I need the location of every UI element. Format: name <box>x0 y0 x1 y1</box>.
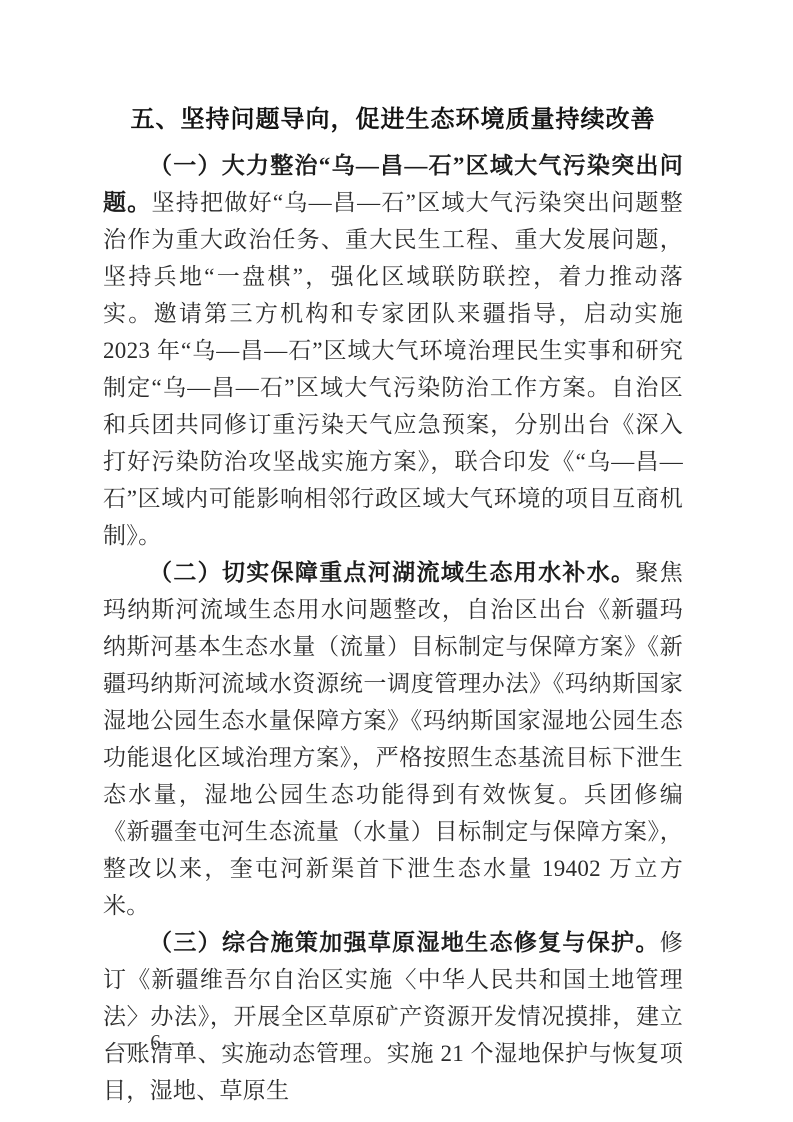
section-heading: 五、坚持问题导向，促进生态环境质量持续改善 <box>103 103 683 136</box>
document-body: 五、坚持问题导向，促进生态环境质量持续改善 （一）大力整治“乌—昌—石”区域大气… <box>103 103 683 1109</box>
paragraph-grassland-wetland: （三）综合施策加强草原湿地生态修复与保护。修订《新疆维吾尔自治区实施〈中华人民共… <box>103 924 683 1109</box>
page-number: — 6 — <box>118 1030 196 1055</box>
paragraph-lead: （二）切实保障重点河湖流域生态用水补水。 <box>149 560 635 585</box>
paragraph-body-text: 聚焦玛纳斯河流域生态用水问题整改，自治区出台《新疆玛纳斯河基本生态水量（流量）目… <box>103 560 683 918</box>
paragraph-body-text: 修订《新疆维吾尔自治区实施〈中华人民共和国土地管理法〉办法》，开展全区草原矿产资… <box>103 930 683 1103</box>
document-page: 五、坚持问题导向，促进生态环境质量持续改善 （一）大力整治“乌—昌—石”区域大气… <box>0 0 793 1122</box>
paragraph-air-pollution: （一）大力整治“乌—昌—石”区域大气污染突出问题。坚持把做好“乌—昌—石”区域大… <box>103 147 683 554</box>
paragraph-lead: （三）综合施策加强草原湿地生态修复与保护。 <box>149 930 660 955</box>
paragraph-body-text: 坚持把做好“乌—昌—石”区域大气污染突出问题整治作为重大政治任务、重大民生工程、… <box>103 190 683 548</box>
paragraph-river-ecology: （二）切实保障重点河湖流域生态用水补水。聚焦玛纳斯河流域生态用水问题整改，自治区… <box>103 554 683 924</box>
